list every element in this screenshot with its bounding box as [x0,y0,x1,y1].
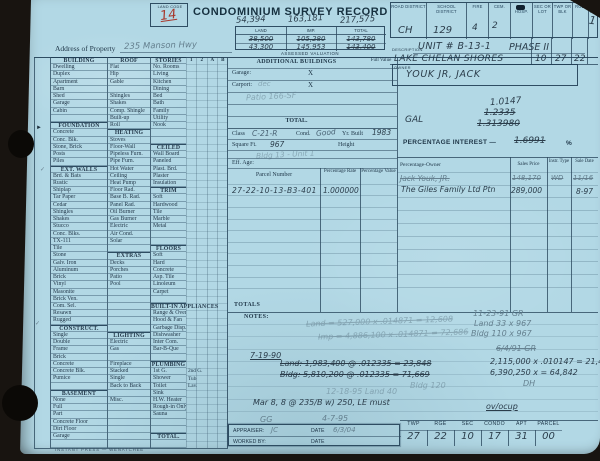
checklist-item: Com. Sel. [51,303,107,310]
val-r2-total: 143,400 [336,43,386,51]
checklist-item: Ceiling [108,173,150,180]
checklist-item [151,231,186,238]
checklist-section-header: BASEMENT [51,390,107,397]
stories-col-header: 1 [186,58,197,63]
note-line: 2,115,000 x .010147 = 21,461 [490,357,600,366]
checklist-item: Bed [151,93,186,100]
checklist-item: TX-111 [51,238,107,245]
checklist-item: Stoves [108,137,150,144]
sales-owner-header: Percentage-Owner [400,162,441,168]
checklist-col2: ROOFFlatHipGableShinglesShakesComp. Shin… [107,57,150,448]
note-line: Bldg 120 [410,381,446,390]
footer-grid-header: CONDO [481,421,508,427]
checklist-item: Back to Back [108,383,150,390]
yr-built-value: 1983 [372,128,391,137]
parcel-line [360,168,361,312]
checklist-item: Masonite [51,289,107,296]
checklist-item: Stacked [108,368,150,375]
parcel-col-header: Parcel Number [228,172,320,178]
checklist-item: Barn [51,86,107,93]
note-line: 12-18-95 Land 40 [326,387,397,396]
pct-interest-label: PERCENTAGE INTEREST — [403,139,496,146]
checklist-section-header: TRIM [151,187,186,194]
checklist-item: Hood & Fan [151,317,186,324]
stories-col-header: B [218,58,229,63]
checklist-item: 1st G. [151,368,186,375]
footer-grid-line [427,430,428,446]
checklist-item [108,303,150,310]
ab-line [228,104,397,105]
checklist-item: 2nd G. [188,368,202,374]
sales-r1-price: 148,170 [512,174,541,182]
checklist-item: Dishwasher [151,332,186,339]
sec-value: 10 [535,54,546,64]
checklist-item: Dirt Floor [51,426,107,433]
notes-label: NOTES: [244,314,269,320]
val-r1-land: 38,500 [236,35,286,43]
checklist-item: Rustic [51,180,107,187]
rge-value: 22 [574,54,585,64]
checklist-item [108,354,150,361]
binder-hole-bottom [2,385,38,421]
checklist-item: Shakes [108,100,150,107]
land-code-box: LAND CODE 14 [150,3,188,27]
checklist-section-header: ROOF [108,57,150,64]
scanned-survey-card: LAND CODE 14 CONDOMINIUM SURVEY RECORD 5… [0,0,600,461]
stories-col-header: A [207,58,218,63]
checklist-item: Marble [151,216,186,223]
rate-col-header: Percentage Rate [320,169,360,175]
checklist-item: Hardwood [151,202,186,209]
pct-old1: 1.2335 [484,108,516,118]
pct-interest-old: 1.6991 [514,136,546,146]
checklist-item: Air Cond. [108,231,150,238]
footer-grid-value: 10 [454,431,481,442]
checklist-item [108,411,150,418]
checklist-section-header: BUILT-IN APPLIANCES [151,303,186,310]
checklist-item: Tile [51,245,107,252]
pct-percent-sign: % [566,140,572,147]
checklist-section-header: TOTAL. [151,433,186,440]
checklist-item: Roll [108,122,150,129]
checklist-item [108,310,150,317]
bldg-note: Bldg 13 - Unit 1 [256,148,315,160]
checklist-item: Gas [108,346,150,353]
note-line: DH [523,379,535,388]
checklist-item [108,419,150,426]
appraiser-label: APPRAISER: [233,428,264,434]
checklist-item: Misc. [108,397,150,404]
cond-label: Cond. [296,131,311,137]
checklist-item: Kitchen [151,79,186,86]
checklist-item [151,419,186,426]
note-line: Land: 1,983,400 @ .012335 = 23,848 [280,359,431,368]
checklist-item [151,354,186,361]
checklist-item: Floor Rad. [108,187,150,194]
checklist-item: Sauna [151,411,186,418]
checklist-section-header: CEILED [151,144,186,151]
checklist-item: Single [108,375,150,382]
checklist-item: Flat [108,64,150,71]
checklist-item: Paneled [151,158,186,165]
sales-r2-price: 289,000 [511,186,542,195]
garage-label: Garage: [232,70,251,76]
note-line: Mar 8, 8 @ 235/B w) 250, LE must [253,398,390,407]
checklist-item: Asp. Tile [151,274,186,281]
band-line [531,38,532,64]
checklist-item: Dining [151,86,186,93]
corner-shadow [570,0,600,18]
checklist-section-header: BUILDING [51,57,107,64]
checklist-item: Duplex [51,71,107,78]
checklist-item: Posts [51,151,107,158]
note-line: Land 33 x 967 [474,319,531,328]
checklist-item: Concrete Floor [51,419,107,426]
district-col-header: TWP OR BLK [552,3,572,39]
checklist-item: Garbage Disp. [151,325,186,332]
checklist-item [151,440,186,447]
checklist-section-header: LIGHTING [108,332,150,339]
checklist-item: Gable [108,79,150,86]
value-col-header: Percentage Value [360,169,397,175]
checklist-item: Insulation [151,180,186,187]
checklist-item: Brd. & Bats [51,173,107,180]
val-r1-imp: 105,280 [286,35,336,43]
checklist-item: Heat Pump [108,180,150,187]
garage-mark: X [308,69,313,77]
checklist-item: Pumice [51,375,107,382]
checklist-item: Bath [151,100,186,107]
checklist-item: Concrete [51,361,107,368]
checklist-item: Concrete Blk. [51,368,107,375]
checklist-item: Sink [151,390,186,397]
band-line [551,38,552,64]
appraiser-date-label: DATE [311,428,324,434]
checklist-item: Full [51,404,107,411]
checklist-item: Galv. Iron [51,260,107,267]
checklist-item: Shed [51,93,107,100]
worked-by-label: WORKED BY: [233,439,266,445]
checklist-item [108,317,150,324]
checklist-item: Shakes [51,216,107,223]
band-line [587,38,588,64]
sales-r1-instr: WD [551,174,563,182]
checklist-item: Living [151,71,186,78]
checklist-item: Garage [51,100,107,107]
sqft-label: Square Ft. [232,142,257,148]
checklist-item: Built-up [108,115,150,122]
parcel-number-value: 27-22-10-13-B3-401 [232,186,317,195]
cond-value: Good [316,127,336,138]
totals-line [228,312,598,313]
checklist-item: Stone [51,252,107,259]
checklist-item [108,289,150,296]
appraiser-line [229,436,401,437]
checklist-item: Concrete [151,267,186,274]
checklist-item [151,129,186,136]
sales-line [510,157,511,312]
stories-check-grid [186,57,228,448]
checklist-col1: BUILDINGDwellingDuplexApartmentBarnShedG… [50,57,107,448]
checklist-item: Frame [51,346,107,353]
note-line: 11-23-91 GR [473,309,524,318]
checklist-item: Toilet [151,383,186,390]
checklist-item: Apartment [51,79,107,86]
checklist-item: Double [51,339,107,346]
appraiser-date-value: 6/3/04 [333,426,356,434]
checklist-item: Cedar [51,202,107,209]
totals-label: TOTALS [234,302,260,308]
footer-grid-header: APT [508,421,535,427]
checklist-item [151,426,186,433]
checklist-item: Tar Paper [51,194,107,201]
checklist-item: Hip [108,71,150,78]
appraiser-pencil-initials: GG [260,415,272,424]
note-line: ov/ocup [486,402,518,411]
checklist-section-header: FLOORS [151,245,186,252]
checklist-section-header: CONSTRUCT. [51,325,107,332]
checklist-item: Nook [151,122,186,129]
full-value-label: Full Value [365,58,397,64]
land-code-value: 14 [159,7,177,24]
district-col-header: SEC OR LOT [532,3,552,39]
checklist-item: Utility [151,115,186,122]
checklist-item: Cabin [51,108,107,115]
worked-date-label: DATE [311,439,324,445]
checklist-item: Dwelling [51,64,107,71]
sales-price-header: Sales Price [510,162,547,167]
printer-credit: INSTANT PRESS — WENATCHEE [55,447,144,452]
checklist-item: H.W. Heater [151,397,186,404]
address-value: 235 Manson Hwy [124,40,197,52]
checklist-item [108,245,150,252]
pct-current: 1.0147 [490,96,522,108]
checklist-item: Inter Com. [151,339,186,346]
checklist-item [151,296,186,303]
val-col-total: TOTAL [336,28,386,33]
footer-grid-header: PARCEL [535,421,562,427]
sales-top-line [397,157,598,158]
checklist-item: Aluminum [51,267,107,274]
footer-grid-line [508,430,509,446]
district-grid: ROAD DISTRICTSCHOOL DISTRICTFIRECEM.HOSP… [390,2,598,38]
ab-line [228,116,397,117]
carport-label: Carport: [232,82,252,88]
checklist-item: Bar-B-Que [151,346,186,353]
checklist-item: Hot Water [108,166,150,173]
additional-title: ADDITIONAL BUILDINGS [228,59,365,65]
checklist-section-header: EXTRAS [108,252,150,259]
checklist-item [108,433,150,440]
note-line: Bldg: 5,810,200 @ .012335 = 71,669 [280,370,430,379]
card: LAND CODE 14 CONDOMINIUM SURVEY RECORD 5… [20,0,600,454]
checklist-item: Brick Ven. [51,296,107,303]
valuation-grid: LAND IMP. TOTAL 38,500 105,280 143,780 4… [235,26,385,50]
checklist-item: Panel Rad. [108,202,150,209]
checklist-item: Resawn [51,310,107,317]
checklist-item: Pipeless Furn. [108,151,150,158]
pct-old2: 1.313980 [477,119,520,129]
checklist-item: Floor-Wall [108,144,150,151]
checklist-item: Range & Oven [151,310,186,317]
checklist-item: Rugged [51,317,107,324]
appraiser-pencil-date: 4-7-95 [322,414,348,423]
note-line: Bldg 110 x 967 [471,329,532,338]
fire-value: 4 [472,23,478,33]
checklist-item: Lav. [188,383,197,389]
sales-instr-header: Instr. Type [547,159,571,165]
footer-grid-value: 17 [481,431,508,442]
val-r2-imp: 145,953 [286,43,336,51]
sales-r1-owner: Jack Youk, JR. [400,174,450,183]
val-r2-land: 43,300 [236,43,286,51]
check-mark: ✓ [40,166,45,173]
checklist-item: No. Rooms [151,64,186,71]
checklist-item: Fireplace [108,361,150,368]
footer-grid-line [454,430,455,446]
val-col-imp: IMP. [286,28,336,33]
yr-built-label: Yr. Built [342,131,363,137]
height-label: Height [338,142,354,148]
sales-r2-date: 8-97 [576,187,593,196]
checklist-item: Shiplap [51,187,107,194]
checklist-item: Wall Board [151,151,186,158]
checklist-item: Part [51,411,107,418]
val-col-land: LAND [236,28,286,33]
checklist-item: Garage [51,433,107,440]
checklist-item: Brick [51,354,107,361]
checklist-item: Single [51,332,107,339]
sales-line [547,157,548,312]
parcel-rows [228,184,397,300]
footer-grid-header: TWP [400,421,427,427]
checklist-item: Hard [151,260,186,267]
checklist-section-header: STORIES [151,57,186,64]
checklist-item: Tub [188,376,196,382]
checklist-item: Pool [108,281,150,288]
checklist-item: Soft [151,194,186,201]
checklist-item: Brick [51,274,107,281]
owner-name: YOUK JR, JACK [406,69,481,80]
description-phase: PHASE II [509,42,549,53]
cem-value: 2 [492,21,498,31]
footer-grid-line [535,430,536,446]
checklist-section-header: FOUNDATION [51,122,107,129]
checklist-item: Piles [51,158,107,165]
mid-line [228,158,397,159]
checklist-item: Shingles [51,209,107,216]
address-underline [120,52,232,53]
mid-line [228,139,397,140]
carport-mark: X [308,81,313,89]
footer-grid-value: 22 [427,431,454,442]
appraiser-value: JC [271,426,278,434]
checklist-item: Patio [108,274,150,281]
checklist-item: Stucco [51,223,107,230]
check-mark: ✓ [35,320,40,327]
checklist-section-header: PLUMBING [151,361,186,368]
band-line [571,38,572,64]
val-r1-total: 143,780 [336,35,386,43]
patio-note: Patio 166-SF [246,91,297,103]
gal-note: GAL [405,115,423,125]
checklist-item: Family [151,108,186,115]
footer-grid-line [481,430,482,446]
checklist-item [108,86,150,93]
checklist-item: Shower [151,375,186,382]
checklist-item: Solar [108,238,150,245]
checklist-item: Plast. Brd. [151,166,186,173]
checklist-item: Plaster [151,173,186,180]
checklist-item: Pipe Furn. [108,158,150,165]
checklist-item [108,404,150,411]
checklist-col3: STORIESNo. RoomsLivingKitchenDiningBedBa… [150,57,186,448]
carport-note: dec [258,80,271,88]
checklist-item [51,115,107,122]
checklist-item: Conc. Blk. [51,137,107,144]
check-mark: ► [36,125,42,131]
checklist-item: Metal [151,223,186,230]
checklist-item: Soft [151,252,186,259]
note-line: 6,390,250 x = 64,842 [490,368,578,377]
checklist-item: Oil Burner [108,209,150,216]
checklist-item: Linoleum [151,281,186,288]
note-line: 6/4/91 GR [496,344,536,353]
footer-grid-header: RGE [427,421,454,427]
checklist-item [108,325,150,332]
footer-grid-value: 31 [508,431,535,442]
sales-date-header: Sale Date [571,159,598,165]
sales-line [571,157,572,312]
twp-value: 27 [555,54,566,64]
road-district-value: CH [398,25,413,36]
checklist-item [108,390,150,397]
pen-imp-figure: 163,181 [288,13,324,25]
footer-grid-header: SEC [454,421,481,427]
assessed-valuation-label: ASSESSED VALUATION [265,51,355,56]
sales-r1-date: 11/16 [573,174,593,182]
checklist-item [151,238,186,245]
district-col-header: FIRE [466,3,488,39]
checklist-item: Gas Burner [108,216,150,223]
appraiser-box: APPRAISER: JC DATE 6/3/04 WORKED BY: DAT… [228,424,400,446]
footer-grid-value: 00 [535,431,562,442]
sqft-value: 967 [270,140,284,149]
pen-total-figure: 217,575 [340,14,376,26]
checklist-item: Decks [108,260,150,267]
class-value: C-21-R [252,129,277,138]
address-label: Address of Property [55,44,115,53]
hosp-icon [516,5,525,10]
checklist-item [108,426,150,433]
pen-land-figure: 54,394 [236,14,266,26]
tick-column [34,57,50,448]
checklist-item [151,137,186,144]
footer-grid-value: 27 [400,431,427,442]
eff-age-label: Eff. Age: [232,160,254,166]
ab-total-label: TOTAL. [228,118,365,124]
checklist-item: Shingles [108,93,150,100]
checklist-item: Vinyl [51,281,107,288]
parcel-line [320,168,321,312]
checklist-item: Electric [108,223,150,230]
checklist-item: Tile [151,209,186,216]
checklist-item: Electric [108,339,150,346]
class-label: Class [232,131,245,137]
checklist-item: Comp. Shingle [108,108,150,115]
checklist-item [51,383,107,390]
checklist-item: Conc. Blks. [51,231,107,238]
